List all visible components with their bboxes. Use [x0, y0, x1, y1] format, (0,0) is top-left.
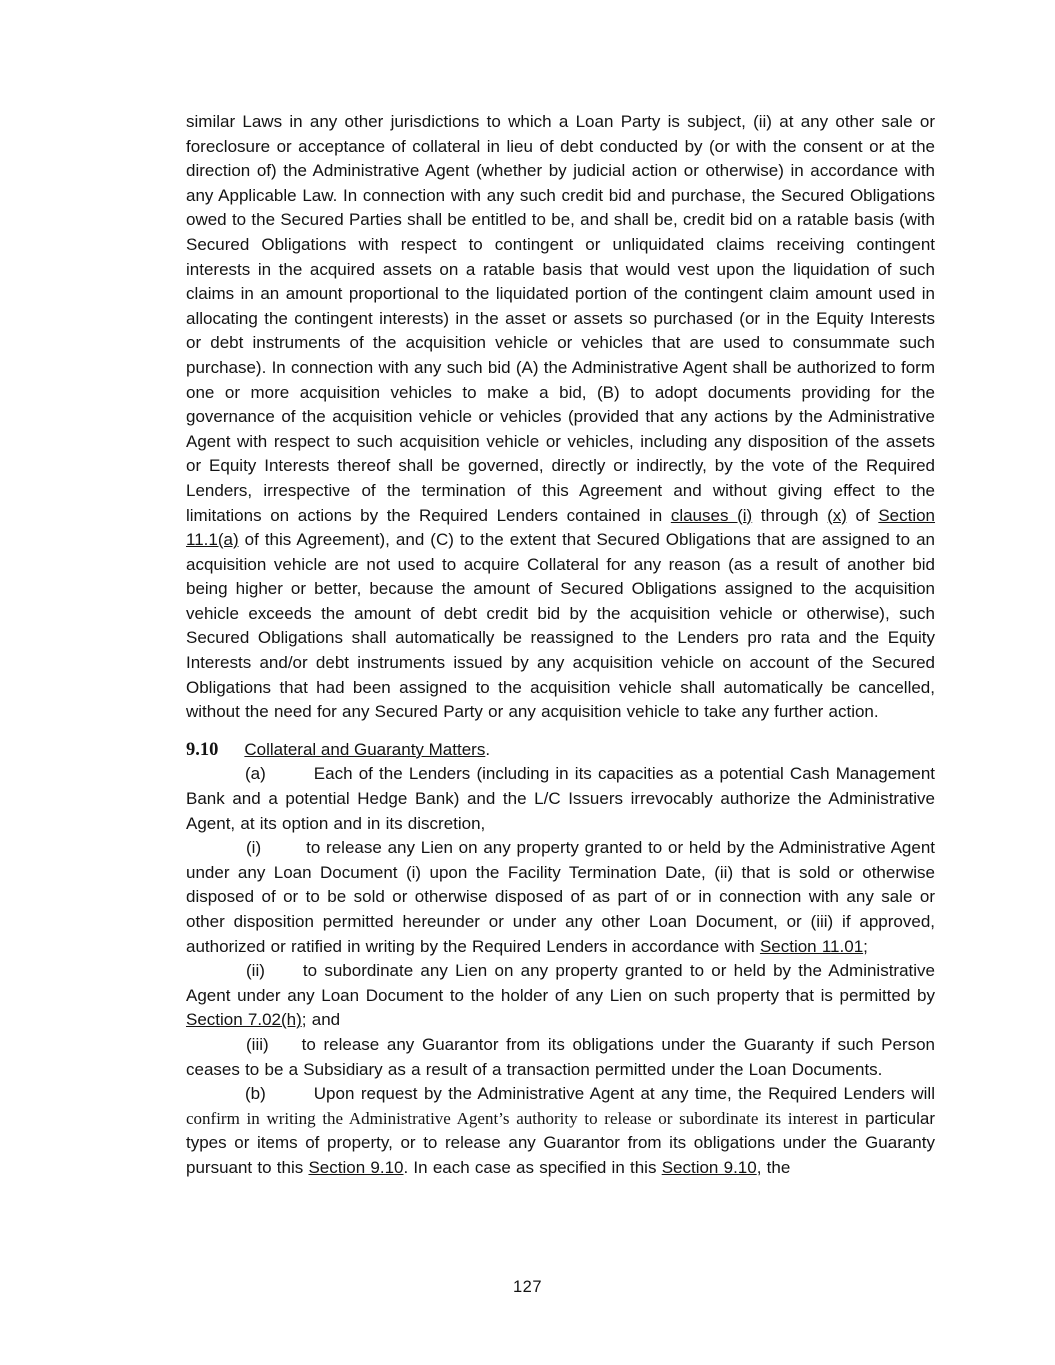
paragraph-b: (b)Upon request by the Administrative Ag… — [186, 1082, 935, 1180]
section-9-10-heading: 9.10Collateral and Guaranty Matters. — [186, 738, 935, 763]
body-paragraph-credit-bid: similar Laws in any other jurisdictions … — [186, 110, 935, 725]
page-number: 127 — [0, 1278, 1055, 1297]
list-item-iii: (iii)to release any Guarantor from its o… — [186, 1033, 935, 1082]
section-title: Collateral and Guaranty Matters — [244, 740, 485, 759]
section-title-period: . — [485, 740, 490, 759]
page-content: similar Laws in any other jurisdictions … — [186, 110, 935, 1181]
list-item-i: (i)to release any Lien on any property g… — [186, 836, 935, 959]
paragraph-a: (a)Each of the Lenders (including in its… — [186, 762, 935, 836]
section-number: 9.10 — [186, 740, 218, 760]
list-item-ii: (ii)to subordinate any Lien on any prope… — [186, 959, 935, 1033]
